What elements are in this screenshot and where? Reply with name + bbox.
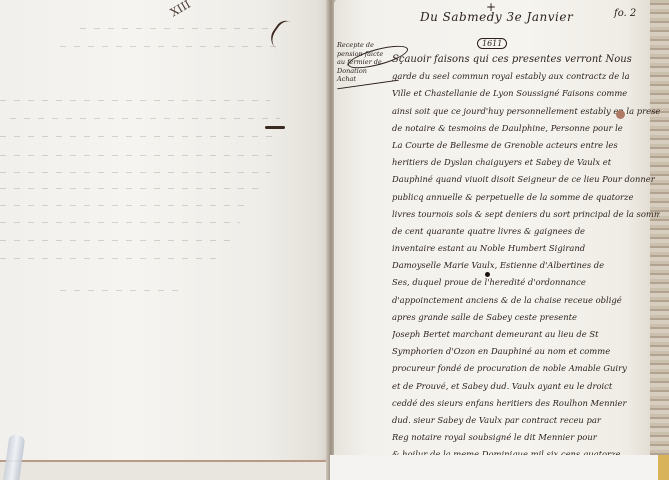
bleed-through-line: [60, 290, 180, 291]
manuscript-line: livres tournois sols & sept deniers du s…: [392, 207, 660, 224]
bleed-through-line: [80, 28, 270, 29]
margin-note-line: Donation: [337, 67, 395, 76]
bleed-through-line: [0, 258, 220, 259]
ink-mark: [265, 126, 285, 129]
manuscript-line: Symphorien d'Ozon en Dauphiné au nom et …: [392, 344, 660, 361]
bleed-through-line: [0, 172, 270, 173]
photo-background: XIII + Du Sabmedy 3e Janvier fo. 2 1611 …: [0, 0, 669, 480]
margin-note: Recepte de pension faicte au fermier de …: [337, 41, 395, 84]
manuscript-line: Ville et Chastellanie de Lyon Soussigné …: [392, 86, 660, 103]
bleed-through-line: [0, 240, 230, 241]
bleed-through-line: [0, 100, 270, 101]
manuscript-line: d'appoinctement anciens & de la chaise r…: [392, 293, 660, 310]
manuscript-line: procureur fondé de procuration de noble …: [392, 361, 660, 378]
manuscript-line: de cent quarante quatre livres & gaignee…: [392, 224, 660, 241]
manuscript-line: publicq annuelle & perpetuelle de la som…: [392, 190, 660, 207]
bleed-through-line: [0, 155, 275, 156]
bleed-through-line: [0, 188, 260, 189]
manuscript-line: ceddé des sieurs enfans heritiers des Ro…: [392, 396, 660, 413]
manuscript-line: Sçauoir faisons qui ces presentes verron…: [392, 52, 660, 69]
manuscript-line: garde du seel commun royal estably aux c…: [392, 69, 660, 86]
entry-heading: Du Sabmedy 3e Janvier: [420, 10, 573, 24]
bleed-through-line: [0, 222, 240, 223]
manuscript-line: de notaire & tesmoins de Daulphine, Pers…: [392, 121, 660, 138]
manuscript-line: apres grande salle de Sabey ceste presen…: [392, 310, 660, 327]
table-surface: [330, 455, 669, 480]
manuscript-line: Dauphiné quand viuoit disoit Seigneur de…: [392, 172, 660, 189]
bleed-through-line: [60, 46, 280, 47]
wax-stain: [616, 110, 625, 119]
manuscript-line: Joseph Bertet marchant demeurant au lieu…: [392, 327, 660, 344]
page-top-mark: XIII: [168, 0, 193, 19]
bleed-through-line: [0, 205, 250, 206]
bleed-through-line: [10, 118, 280, 119]
manuscript-line: inventaire estant au Noble Humbert Sigir…: [392, 241, 660, 258]
manuscript-line: heritiers de Dyslan chaiguyers et Sabey …: [392, 155, 660, 172]
manuscript-line: et de Prouvé, et Sabey dud. Vaulx ayant …: [392, 379, 660, 396]
manuscript-line: Reg notaire royal soubsigné le dit Menni…: [392, 430, 660, 447]
year-mark: 1611: [477, 38, 507, 49]
manuscript-line: Damoyselle Marie Vaulx, Estienne d'Alber…: [392, 258, 660, 275]
manuscript-line: dud. sieur Sabey de Vaulx par contract r…: [392, 413, 660, 430]
ink-flourish: [266, 17, 306, 58]
manuscript-line: La Courte de Bellesme de Grenoble acteur…: [392, 138, 660, 155]
bookmark-ribbon: [658, 455, 669, 480]
manuscript-line: Ses, duquel proue de l'heredité d'ordonn…: [392, 275, 660, 292]
bleed-through-line: [0, 136, 280, 137]
folio-number: fo. 2: [614, 8, 636, 19]
left-page: XIII: [0, 0, 330, 462]
ink-blot: [485, 272, 490, 277]
